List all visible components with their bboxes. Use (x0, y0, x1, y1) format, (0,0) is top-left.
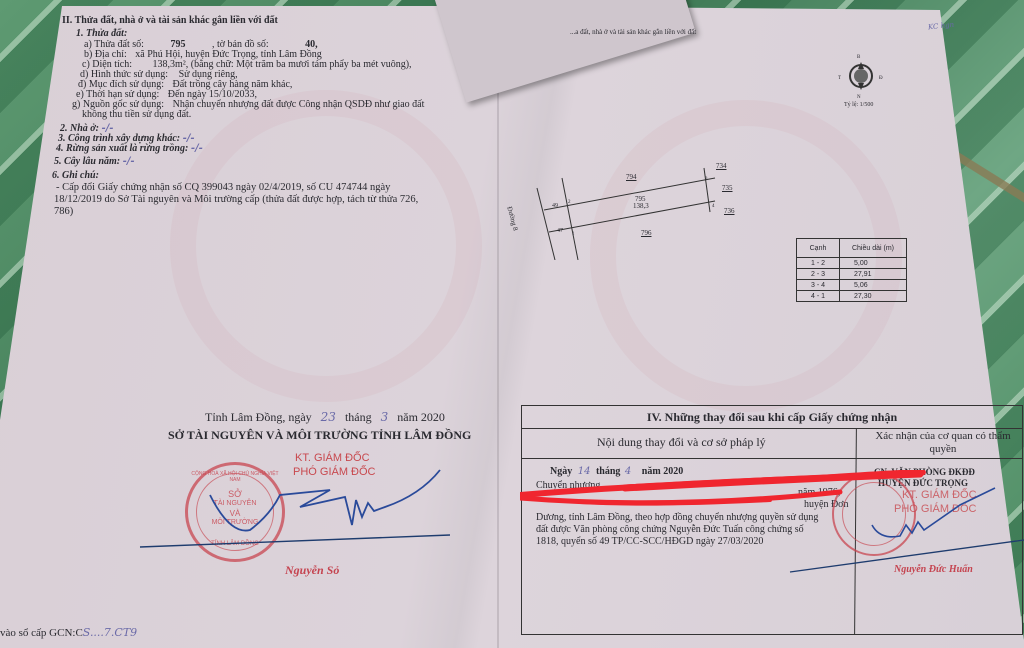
perennial-trees-label: 5. Cây lâu năm: (54, 156, 120, 167)
col-content-header: Nội dung thay đổi và cơ sở pháp lý (597, 436, 766, 448)
signature-left (130, 455, 450, 555)
production-forest-dash: -/- (191, 143, 203, 154)
dim-edge: 4 - 1 (797, 291, 840, 302)
production-forest-label: 4. Rừng sản xuất là rừng trồng: (56, 143, 188, 154)
dim-row: 3 - 45,06 (797, 280, 907, 291)
dimension-table: Cạnh Chiều dài (m) 1 - 25,00 2 - 327,91 … (796, 238, 907, 302)
issuing-agency: SỞ TÀI NGUYÊN VÀ MÔI TRƯỜNG TỈNH LÂM ĐỒN… (168, 429, 471, 441)
dim-length: 27,30 (840, 291, 907, 302)
parcel-east-bottom: 736 (724, 205, 735, 217)
redaction-and-signature (520, 470, 1024, 580)
register-number-line: vào sổ cấp GCN:CS....7.CT9 (0, 627, 137, 639)
perennial-trees-dash: -/- (123, 156, 135, 167)
perennial-trees-row: 5. Cây lâu năm: -/- (54, 156, 135, 168)
vertex-3: 3 (705, 174, 708, 186)
vertex-4: 4 (712, 201, 715, 213)
parcel-subject-area: 138,3 (633, 200, 649, 212)
compass-east: Đ (879, 73, 883, 85)
notes-line3: 786) (54, 206, 73, 218)
flap-text: ...a đất, nhà ở và tài sản khác gắn liền… (570, 26, 696, 38)
map-scale: Tỷ lệ: 1/500 (844, 99, 873, 111)
dim-edge: 2 - 3 (797, 269, 840, 280)
watermark-left (170, 90, 482, 402)
issue-month-label: tháng (345, 410, 372, 424)
col-confirm-header: Xác nhận của cơ quan có thẩm quyền (868, 430, 1018, 456)
origin-value: Nhận chuyển nhượng đất được Công nhận QS… (173, 99, 425, 110)
production-forest-row: 4. Rừng sản xuất là rừng trồng: -/- (56, 143, 203, 155)
issue-year: năm 2020 (397, 410, 445, 424)
dim-header-edge: Cạnh (797, 239, 840, 258)
parcel-south: 796 (641, 227, 652, 239)
parcel-east-top: 734 (716, 160, 727, 172)
page-fold (497, 6, 499, 648)
issue-day: 23 (321, 410, 336, 424)
parcel-east-mid: 735 (722, 182, 733, 194)
notes-line1: - Cấp đổi Giấy chứng nhận số CQ 399043 n… (56, 182, 390, 194)
origin-line2: không thu tiền sử dụng đất. (82, 109, 191, 121)
issue-place: Tỉnh Lâm Đồng, ngày (205, 410, 312, 424)
dim-edge: 1 - 2 (797, 258, 840, 269)
register-label: vào sổ cấp GCN:C (0, 627, 83, 639)
vertex-2: 2 (568, 197, 571, 209)
issue-month: 3 (381, 410, 389, 424)
edge-num-bottom-left: 47 (557, 225, 563, 237)
dim-length: 5,00 (840, 258, 907, 269)
vertex-1: 1 (572, 229, 575, 241)
notes-line2: 18/12/2019 do Sở Tài nguyên và Môi trườn… (54, 194, 418, 206)
compass-west: T (838, 73, 841, 85)
signer-name: Nguyễn Sỏ (285, 563, 339, 578)
dim-length: 5,06 (840, 280, 907, 291)
dim-length: 27,91 (840, 269, 907, 280)
dim-row: 1 - 25,00 (797, 258, 907, 269)
dim-edge: 3 - 4 (797, 280, 840, 291)
compass-north: B (857, 52, 860, 64)
changes-header-divider (522, 458, 1022, 459)
parcel-north: 794 (626, 171, 637, 183)
compass-icon (843, 58, 879, 94)
dim-row: 2 - 327,91 (797, 269, 907, 280)
dim-header-length: Chiều dài (m) (840, 239, 907, 258)
notes-heading: 6. Ghi chú: (52, 170, 99, 182)
edge-num-top-left: 49 (552, 200, 558, 212)
register-number: S....7.CT9 (83, 626, 137, 639)
dim-row: 4 - 127,30 (797, 291, 907, 302)
section-ii-title: II. Thửa đất, nhà ở và tài sản khác gắn … (62, 15, 278, 27)
changes-title: IV. Những thay đổi sau khi cấp Giấy chứn… (522, 406, 1022, 429)
issue-date-line: Tỉnh Lâm Đồng, ngày 23 tháng 3 năm 2020 (205, 411, 445, 423)
